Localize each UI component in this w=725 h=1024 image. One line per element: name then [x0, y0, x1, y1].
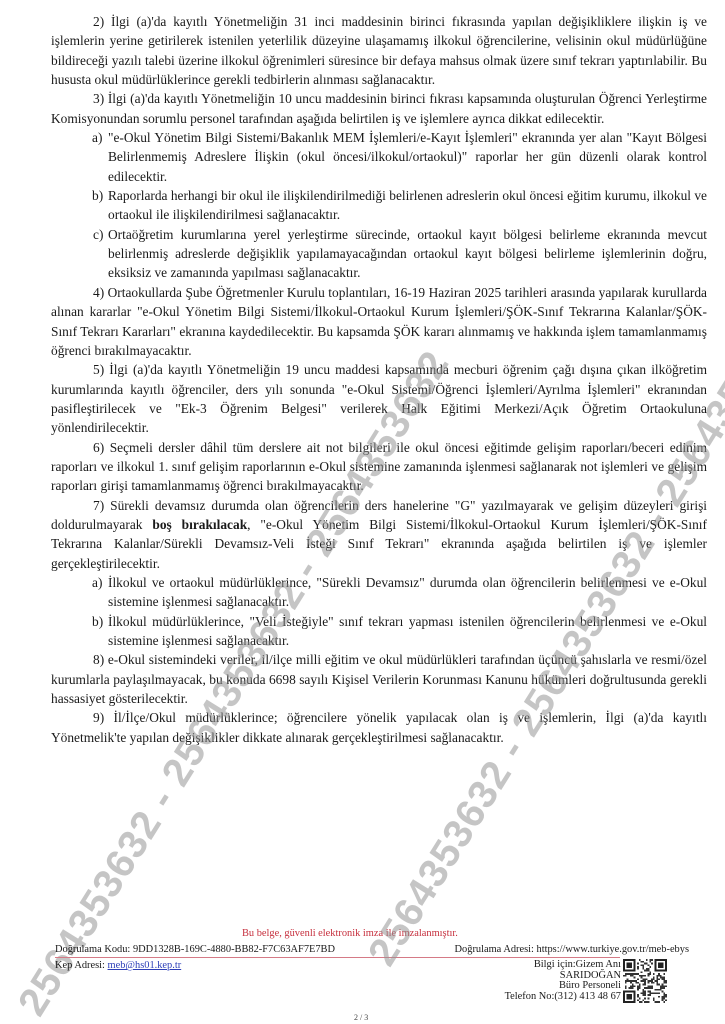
contact-line: Telefon No:(312) 413 48 67: [505, 992, 621, 1003]
qr-code-icon[interactable]: [623, 959, 667, 1003]
page-number: 2 / 3: [354, 1013, 368, 1022]
kep-label: Kep Adresi:: [55, 960, 105, 971]
verification-code: Doğrulama Kodu: 9DD1328B-169C-4880-BB82-…: [55, 944, 335, 955]
verification-code-value: 9DD1328B-169C-4880-BB82-F7C63AF7E7BD: [133, 944, 335, 955]
kep-address-link[interactable]: meb@hs01.kep.tr: [108, 960, 182, 971]
document-page: 2) İlgi (a)'da kayıtlı Yönetmeliğin 31 i…: [0, 0, 725, 1024]
verification-address-label: Doğrulama Adresi:: [455, 944, 534, 955]
kep-address: Kep Adresi: meb@hs01.kep.tr: [55, 960, 181, 971]
verification-address: Doğrulama Adresi: https://www.turkiye.go…: [455, 944, 689, 955]
contact-line: Bilgi için:Gizem Anı: [505, 960, 621, 971]
verification-code-label: Doğrulama Kodu:: [55, 944, 130, 955]
contact-info: Bilgi için:Gizem Anı SARIDOĞAN Büro Pers…: [505, 960, 621, 1002]
footer-divider: [55, 957, 620, 958]
e-signature-note: Bu belge, güvenli elektronik imza ile im…: [242, 928, 458, 939]
verification-address-value: https://www.turkiye.gov.tr/meb-ebys: [537, 944, 689, 955]
document-footer: Bu belge, güvenli elektronik imza ile im…: [0, 0, 725, 1024]
